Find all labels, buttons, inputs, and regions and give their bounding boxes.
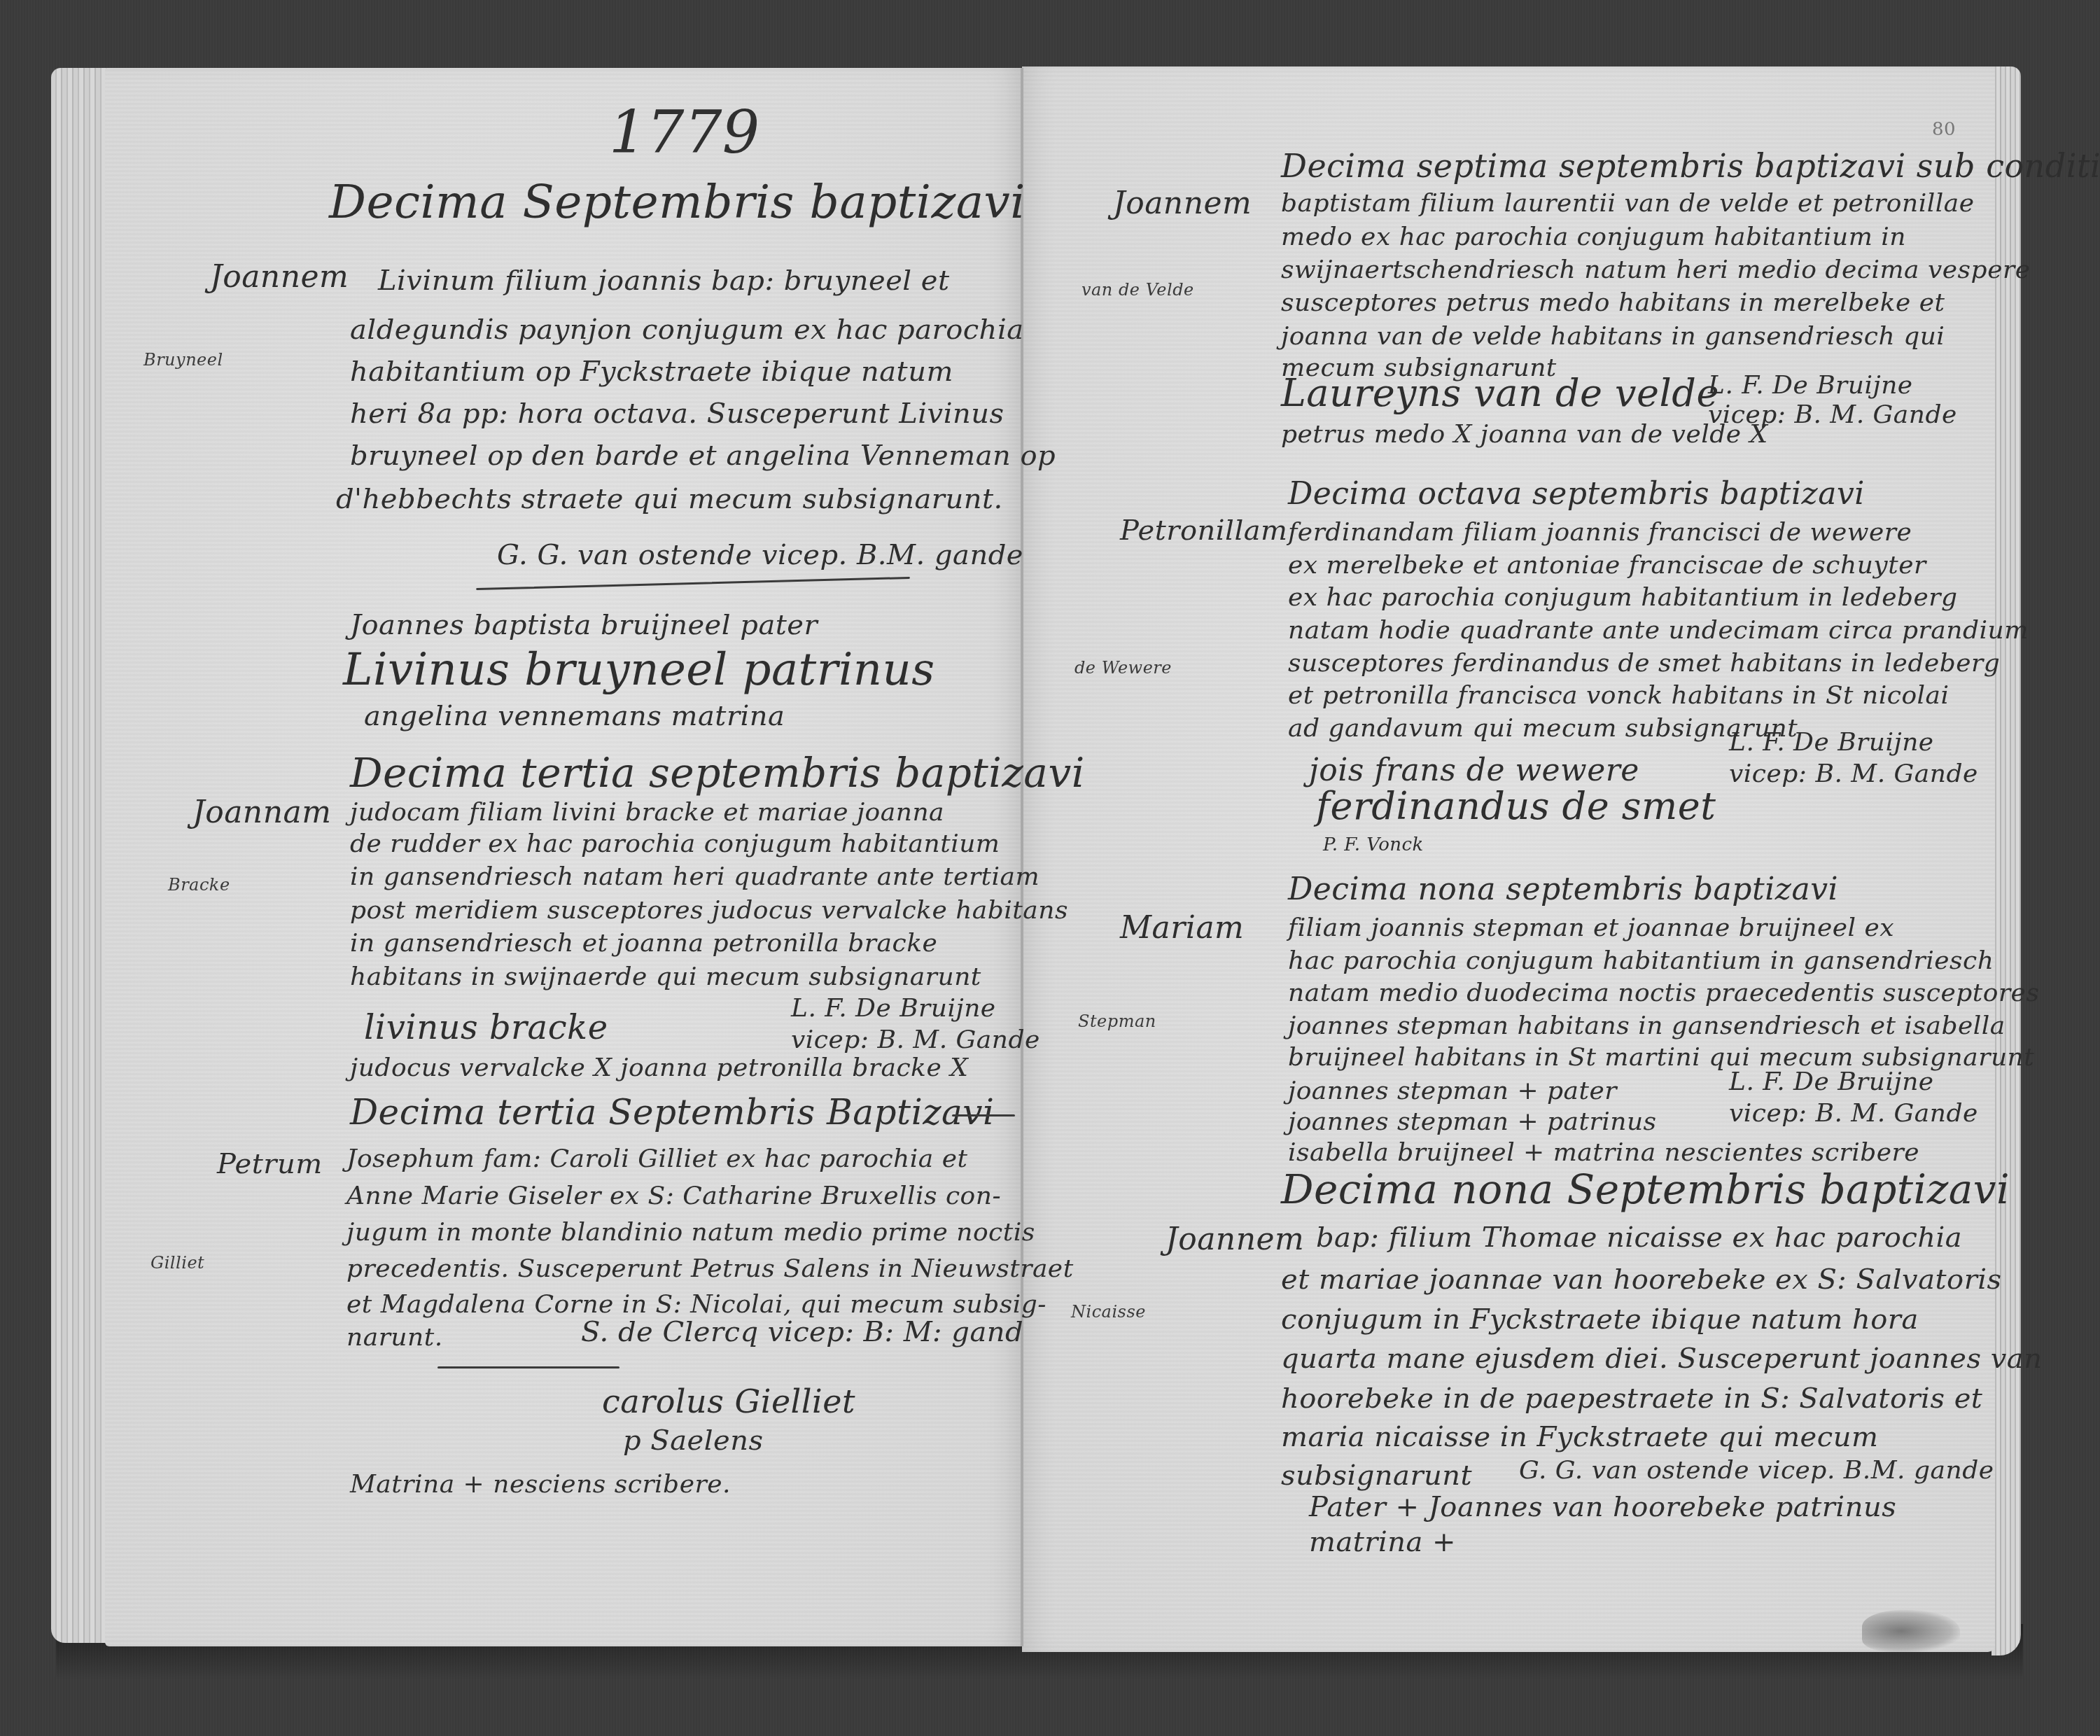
margin-given-name: Mariam [1120,910,1244,946]
entry-line: conjugum in Fyckstraete ibique natum hor… [1281,1303,1919,1336]
godmother-signature: P. F. Vonck [1323,834,1424,855]
entry-line: swijnaertschendriesch natum heri medio d… [1281,255,2030,284]
godmother-signature: angelina vennemans matrina [364,700,785,732]
entry-line: precedentis. Susceperunt Petrus Salens i… [346,1254,1074,1283]
entry-line: d'hebbechts straete qui mecum subsignaru… [336,483,1003,515]
godmother-mark: Matrina + nesciens scribere. [350,1470,731,1499]
father-signature: joannes stepman + pater [1288,1077,1617,1105]
entry-line: de rudder ex hac parochia conjugum habit… [350,829,1000,858]
margin-surname: Gilliet [150,1253,204,1273]
margin-given-name: Petrum [217,1148,323,1180]
page-number: 80 [1932,119,1956,140]
signature-underline [437,1366,619,1368]
entry-line: filiam joannis stepman et joannae bruijn… [1288,913,1894,942]
margin-given-name: Petronillam [1120,514,1287,547]
margin-surname: van de Velde [1081,280,1194,300]
entry-line: bap: filium Thomae nicaisse ex hac paroc… [1316,1221,1962,1254]
father-signature: Joannes baptista bruijneel pater [350,609,818,641]
entry-line: bruyneel op den barde et angelina Vennem… [350,440,1056,472]
entry-line: susceptores petrus medo habitans in mere… [1281,288,1945,317]
entry-heading: Decima nona septembris baptizavi [1288,871,1838,907]
entry-line: hac parochia conjugum habitantium in gan… [1288,946,1994,975]
entry-line: in gansendriesch natam heri quadrante an… [350,862,1039,891]
priest-signature: L. F. De Bruijne [791,994,996,1023]
priest-signature: G. G. van ostende vicep. B.M. gande [1519,1456,1994,1485]
godparents-marks: petrus medo X joanna van de velde X [1281,420,1768,449]
entry-line: Livinum filium joannis bap: bruyneel et [378,265,950,297]
entry-line: medo ex hac parochia conjugum habitantiu… [1281,223,1906,251]
godparents-marks: judocus vervalcke X joanna petronilla br… [350,1053,968,1082]
entry-heading: Decima tertia septembris baptizavi [350,749,1085,797]
heading-dash [952,1114,1015,1116]
entry-line: aldegundis paynjon conjugum ex hac paroc… [350,314,1024,346]
entry-line: susceptores ferdinandus de smet habitans… [1288,649,2000,678]
parents-godparents-signatures: Pater + Joannes van hoorebeke patrinus [1309,1491,1896,1523]
entry-heading: Decima nona Septembris baptizavi [1281,1165,2010,1213]
father-signature: Laureyns van de velde [1281,371,1719,415]
margin-surname: Bruyneel [143,350,223,370]
entry-line: in gansendriesch et joanna petronilla br… [350,929,937,958]
margin-given-name: Joannam [192,794,332,830]
entry-line: subsignarunt [1281,1459,1472,1492]
margin-surname: Bracke [168,875,230,895]
entry-heading: Decima septima septembris baptizavi sub … [1281,147,2100,185]
margin-given-name: Joannem [1113,185,1252,221]
entry-line: ferdinandam filiam joannis francisci de … [1288,518,1912,547]
priest-signature-title: vicep: B. M. Gande [1729,1099,1978,1128]
godfather-signature: p Saelens [623,1424,764,1457]
father-signature: carolus Gielliet [602,1382,855,1420]
entry-line: Anne Marie Giseler ex S: Catharine Bruxe… [346,1182,1001,1210]
entry-line: et Magdalena Corne in S: Nicolai, qui me… [346,1290,1046,1319]
priest-signature: S. de Clercq vicep: B: M: gand [581,1316,1023,1348]
priest-signature: L. F. De Bruijne [1708,371,1913,400]
entry-line: joannes stepman habitans in gansendriesc… [1288,1011,2005,1040]
priest-signature: L. F. De Bruijne [1729,728,1934,757]
godmother-mark: matrina + [1309,1526,1456,1558]
year-heading: 1779 [609,98,760,167]
entry-heading: Decima octava septembris baptizavi [1288,476,1865,512]
priest-signature: G. G. van ostende vicep. B.M. gande [497,539,1023,571]
entry-line: et petronilla francisca vonck habitans i… [1288,681,1949,710]
entry-heading: Decima tertia Septembris Baptizavi [350,1092,995,1133]
entry-line: post meridiem susceptores judocus verval… [350,896,1068,925]
margin-surname: de Wewere [1074,658,1172,678]
entry-line: judocam filiam livini bracke et mariae j… [350,798,944,827]
ink-stain [1862,1610,1960,1652]
godfather-signature: Livinus bruyneel patrinus [343,644,935,696]
entry-line: ex hac parochia conjugum habitantium in … [1288,583,1958,612]
entry-line: joanna van de velde habitans in gansendr… [1281,322,1945,351]
right-page-edges [1991,66,2021,1655]
entry-line: jugum in monte blandinio natum medio pri… [346,1218,1035,1247]
entry-line: habitantium op Fyckstraete ibique natum [350,356,953,388]
priest-signature-title: vicep: B. M. Gande [1729,759,1978,788]
entry-line: ad gandavum qui mecum subsignarunt [1288,714,1798,743]
entry-line: ex merelbeke et antoniae franciscae de s… [1288,551,1926,580]
entry-line: baptistam filium laurentii van de velde … [1281,189,1975,218]
margin-surname: Stepman [1078,1011,1156,1031]
godmother-mark: isabella bruijneel + matrina nescientes … [1288,1138,1919,1167]
entry-line: et mariae joannae van hoorebeke ex S: Sa… [1281,1263,2002,1296]
margin-surname: Nicaisse [1071,1302,1146,1322]
godfather-signature: ferdinandus de smet [1316,784,1716,828]
book-gutter [1021,68,1023,1646]
priest-signature-title: vicep: B. M. Gande [791,1025,1040,1054]
entry-heading: Decima Septembris baptizavi [329,175,1025,229]
entry-line: hoorebeke in de paepestraete in S: Salva… [1281,1382,1982,1415]
entry-line: habitans in swijnaerde qui mecum subsign… [350,962,981,991]
margin-given-name: Joannem [1165,1221,1304,1257]
father-signature: jois frans de wewere [1309,752,1639,788]
entry-line: maria nicaisse in Fyckstraete qui mecum [1281,1421,1878,1453]
entry-line: quarta mane ejusdem diei. Susceperunt jo… [1281,1343,2042,1375]
entry-line: natam hodie quadrante ante undecimam cir… [1288,616,2029,645]
entry-line: Josephum fam: Caroli Gilliet ex hac paro… [346,1144,968,1173]
entry-line: natam medio duodecima noctis praecedenti… [1288,979,2039,1007]
father-signature: livinus bracke [364,1008,608,1047]
godfather-signature: joannes stepman + patrinus [1288,1107,1657,1136]
priest-signature: L. F. De Bruijne [1729,1067,1934,1096]
entry-line: heri 8a pp: hora octava. Susceperunt Liv… [350,398,1004,430]
entry-line: narunt. [346,1323,443,1352]
margin-given-name: Joannem [210,259,349,295]
